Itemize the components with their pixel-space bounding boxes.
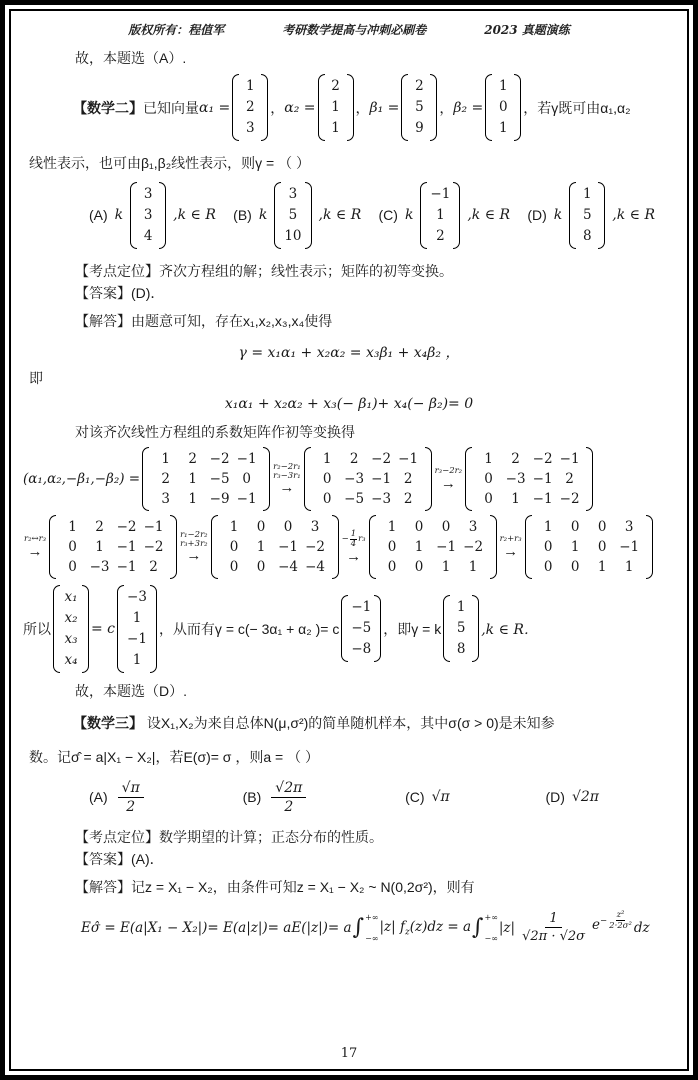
q3-statement-line2: 数。记σ̂ = a|X₁ − X₂|，若E(σ)= σ ，则a = （ ） bbox=[29, 747, 669, 767]
paren-right bbox=[586, 447, 593, 511]
paren-right bbox=[263, 447, 270, 511]
arrow-icon: → bbox=[503, 545, 518, 559]
frac-den: 2 bbox=[280, 798, 297, 815]
lower-limit: −∞ bbox=[485, 934, 498, 943]
paren-right bbox=[159, 182, 166, 249]
option-label: (C) bbox=[379, 207, 398, 223]
paren-left bbox=[569, 182, 576, 249]
q3-tag: 【数学三】 bbox=[73, 715, 143, 731]
paren-left bbox=[420, 182, 427, 249]
k-vector: 158 bbox=[443, 595, 479, 662]
paren-right bbox=[514, 74, 521, 141]
paren-left bbox=[443, 595, 450, 662]
matrix-2-values: 12−2−10−3−120−5−32 bbox=[311, 447, 425, 511]
option-fraction: √π2 bbox=[118, 780, 144, 815]
paren-right bbox=[332, 515, 339, 579]
matrix-7: 1003010−10011 bbox=[525, 515, 653, 579]
paren-right bbox=[453, 182, 460, 249]
paren-left bbox=[369, 515, 376, 579]
option-label: (B) bbox=[243, 789, 262, 805]
option-vector-values: 3510 bbox=[281, 182, 304, 249]
matrix-4-values: 12−2−101−1−20−3−12 bbox=[56, 515, 170, 579]
conclusion-mid2-text: ，即γ = k bbox=[383, 619, 441, 639]
conclusion-mid-text: ，从而有γ = c(− 3α₁ + α₂ )= c bbox=[159, 619, 339, 639]
q2-answer-line: 【答案】(D)． bbox=[29, 283, 669, 303]
exp-term: e−z²2·2σ² bbox=[592, 917, 634, 938]
page-number: 17 bbox=[29, 1046, 669, 1061]
previous-answer-text: 故，本题选（A）. bbox=[75, 50, 186, 66]
paren-right bbox=[170, 515, 177, 579]
paren-right bbox=[347, 74, 354, 141]
q2-options-row: (A) k 334 ,k ∈ R (B) k 3510 ,k ∈ R (C) k… bbox=[29, 182, 669, 249]
k-vector-values: 158 bbox=[450, 595, 472, 662]
density-fraction: 1√2π · √2σ bbox=[518, 911, 589, 944]
matrix-3-values: 12−2−10−3−1201−1−2 bbox=[472, 447, 586, 511]
paren-left bbox=[465, 447, 472, 511]
option-suffix: ,k ∈ R bbox=[319, 207, 362, 223]
q2-option-b: (B) k 3510 ,k ∈ R bbox=[233, 182, 361, 249]
final-lead: Eσ̂ = E(a|X₁ − X₂|)= E(a|z|)= aE(|z|)= a bbox=[81, 920, 352, 936]
paren-left bbox=[232, 74, 239, 141]
q2-statement-line2: 线性表示，也可由β₁,β₂线性表示，则γ = （ ） bbox=[29, 153, 669, 173]
q2-intro-text: 已知向量 bbox=[143, 98, 199, 118]
matrix-1-values: 12−2−121−5031−9−1 bbox=[149, 447, 263, 511]
q2-formula2-text: x₁α₁ + x₂α₂ + x₃(− β₁)+ x₄(− β₂)= 0 bbox=[225, 396, 473, 412]
q3-option-d: (D) √2π bbox=[546, 789, 599, 805]
rowop-fraction: 14 bbox=[350, 530, 357, 550]
q2-final-answer-line: 故，本题选（D）. bbox=[29, 681, 669, 701]
q3-statement-text1: 设X₁,X₂为来自总体N(μ,σ²)的简单随机样本，其中σ(σ > 0)是未知参 bbox=[147, 715, 555, 731]
q3-options-row: (A) √π2 (B) √2π2 (C) √π (D) √2π bbox=[29, 780, 669, 815]
vector-beta2: 101 bbox=[485, 74, 521, 141]
exp-frac-den: 2·2σ² bbox=[608, 921, 633, 931]
page-border: 版权所有：程值军 考研数学提高与冲刺必刷卷 2023 真题演练 故，本题选（A）… bbox=[0, 0, 698, 1080]
vector-beta1: 259 bbox=[401, 74, 437, 141]
option-value: √π bbox=[432, 789, 450, 805]
option-vector: 158 bbox=[569, 182, 605, 249]
paren-right bbox=[430, 74, 437, 141]
q2-kaodian-text: 【考点定位】齐次方程组的解；线性表示；矩阵的初等变换。 bbox=[75, 263, 453, 279]
rowop-arrow-1: r₂−2r₁r₃−3r₁→ bbox=[273, 463, 300, 495]
suoyi-text: 所以 bbox=[23, 619, 51, 639]
paren-right bbox=[646, 515, 653, 579]
q2-option-d: (D) k 158 ,k ∈ R bbox=[527, 182, 655, 249]
option-vector-values: 158 bbox=[576, 182, 598, 249]
rowop-sign: − bbox=[342, 535, 349, 544]
x-vector-values: x₁x₂x₃x₄ bbox=[60, 585, 82, 673]
q3-jieda-text: 【解答】记z = X₁ − X₂，由条件可知z = X₁ − X₂ ~ N(0,… bbox=[75, 879, 475, 895]
q2-final-answer-text: 故，本题选（D）. bbox=[75, 683, 187, 699]
q2-jieda-line: 【解答】由题意可知，存在x₁,x₂,x₃,x₄使得 bbox=[29, 311, 669, 331]
paren-left bbox=[53, 585, 60, 673]
matrix-3: 12−2−10−3−1201−1−2 bbox=[465, 447, 593, 511]
q3-kaodian-text: 【考点定位】数学期望的计算；正态分布的性质。 bbox=[75, 829, 383, 845]
option-vector: 3510 bbox=[274, 182, 311, 249]
option-suffix: ,k ∈ R bbox=[467, 207, 510, 223]
frac-num: √π bbox=[118, 780, 144, 798]
final-tail: dz bbox=[634, 920, 650, 936]
frac-num: √2π bbox=[271, 780, 306, 798]
paren-left bbox=[130, 182, 137, 249]
rowop-arrow-5: −14r₃→ bbox=[342, 530, 366, 563]
exp-fraction: z²2·2σ² bbox=[608, 910, 633, 931]
matrix-1: 12−2−121−5031−9−1 bbox=[142, 447, 270, 511]
option-coef: k bbox=[405, 207, 413, 223]
option-label: (A) bbox=[89, 789, 108, 805]
final-seg2-post: (z)dz = a bbox=[410, 919, 471, 935]
c-vector-2: −1−5−8 bbox=[341, 595, 381, 662]
elim-lhs: (α₁,α₂,−β₁,−β₂) = bbox=[23, 471, 140, 487]
q2-ji-line: 即 bbox=[29, 368, 669, 388]
paren-right bbox=[490, 515, 497, 579]
integral-icon: ∫ bbox=[472, 917, 483, 939]
q2-conclusion-row: 所以 x₁x₂x₃x₄ = c −31−11 ，从而有γ = c(− 3α₁ +… bbox=[23, 585, 669, 673]
matrix-4: 12−2−101−1−20−3−12 bbox=[49, 515, 177, 579]
option-vector-values: 334 bbox=[137, 182, 159, 249]
vector-beta2-label: β₂ = bbox=[453, 100, 483, 116]
option-vector: 334 bbox=[130, 182, 166, 249]
matrix-7-values: 1003010−10011 bbox=[532, 515, 646, 579]
page-header: 版权所有：程值军 考研数学提高与冲刺必刷卷 2023 真题演练 bbox=[29, 21, 669, 38]
q3-statement-text2: 数。记σ̂ = a|X₁ − X₂|，若E(σ)= σ ，则a = （ ） bbox=[29, 749, 319, 765]
q2-jieda-text: 【解答】由题意可知，存在x₁,x₂,x₃,x₄使得 bbox=[75, 313, 332, 329]
arrow-icon: → bbox=[186, 549, 201, 563]
matrix-2: 12−2−10−3−120−5−32 bbox=[304, 447, 432, 511]
header-copyright: 版权所有：程值军 bbox=[128, 21, 224, 38]
frac-den: √2π · √2σ bbox=[518, 928, 589, 944]
paren-left bbox=[274, 182, 281, 249]
page-inner-border: 版权所有：程值军 考研数学提高与冲刺必刷卷 2023 真题演练 故，本题选（A）… bbox=[9, 9, 689, 1071]
arrow-icon: → bbox=[441, 477, 456, 491]
paren-right bbox=[261, 74, 268, 141]
paren-left bbox=[485, 74, 492, 141]
option-coef: k bbox=[115, 207, 123, 223]
q3-statement-line1: 【数学三】 设X₁,X₂为来自总体N(μ,σ²)的简单随机样本，其中σ(σ > … bbox=[29, 713, 669, 733]
q2-tag: 【数学二】 bbox=[73, 98, 143, 118]
arrow-icon: → bbox=[346, 550, 361, 564]
paren-right bbox=[374, 595, 381, 662]
paren-left bbox=[401, 74, 408, 141]
x-vector: x₁x₂x₃x₄ bbox=[53, 585, 89, 673]
c-vector: −31−11 bbox=[117, 585, 157, 673]
matrix-6-values: 100301−1−20011 bbox=[376, 515, 490, 579]
c-vector-values: −31−11 bbox=[124, 585, 150, 673]
rowop-label-frac: −14r₃ bbox=[342, 530, 366, 550]
matrix-5: 100301−1−200−4−4 bbox=[211, 515, 339, 579]
q3-answer-text: 【答案】(A)． bbox=[75, 851, 164, 867]
q3-option-a: (A) √π2 bbox=[89, 780, 147, 815]
vector-beta1-values: 259 bbox=[408, 74, 430, 141]
separator: ， bbox=[356, 98, 370, 118]
final-seg2-pre: |z| f bbox=[379, 919, 405, 935]
rowop-mult: r₃ bbox=[358, 535, 365, 544]
q2-option-a: (A) k 334 ,k ∈ R bbox=[89, 182, 216, 249]
option-label: (A) bbox=[89, 207, 108, 223]
matrix-5-values: 100301−1−200−4−4 bbox=[218, 515, 332, 579]
paren-left bbox=[142, 447, 149, 511]
option-suffix: ,k ∈ R bbox=[612, 207, 655, 223]
paren-right bbox=[425, 447, 432, 511]
vector-alpha1: 123 bbox=[232, 74, 268, 141]
exp-sign: − bbox=[600, 916, 607, 926]
header-booklet-title: 考研数学提高与冲刺必刷卷 bbox=[282, 21, 426, 38]
paren-right bbox=[82, 585, 89, 673]
option-label: (C) bbox=[405, 789, 424, 805]
q2-ji-text: 即 bbox=[29, 370, 43, 386]
separator: ， bbox=[270, 98, 284, 118]
paren-left bbox=[117, 585, 124, 673]
option-label: (D) bbox=[546, 789, 565, 805]
q2-elimination-row2: r₂↔r₃→ 12−2−101−1−20−3−12 r₁−2r₂r₃+3r₂→ … bbox=[23, 515, 669, 579]
vector-beta2-values: 101 bbox=[492, 74, 514, 141]
option-coef: k bbox=[259, 207, 267, 223]
frac-num: 1 bbox=[545, 911, 561, 928]
rowop-arrow-2: r₃−2r₂→ bbox=[435, 467, 462, 490]
paren-left bbox=[304, 447, 311, 511]
q2-line2-text: 线性表示，也可由β₁,β₂线性表示，则γ = （ ） bbox=[29, 155, 310, 171]
vector-alpha1-label: α₁ = bbox=[199, 100, 230, 116]
exp-frac-num: z² bbox=[616, 910, 626, 921]
header-edition: 2023 真题演练 bbox=[484, 21, 570, 38]
paren-right bbox=[472, 595, 479, 662]
final-seg2: |z| fz(z)dz = a bbox=[379, 919, 471, 938]
separator: ， bbox=[439, 98, 453, 118]
e-base: e bbox=[592, 917, 600, 933]
q2-option-c: (C) k −112 ,k ∈ R bbox=[379, 182, 511, 249]
q2-elim-intro-line: 对该齐次线性方程组的系数矩阵作初等变换得 bbox=[29, 422, 669, 442]
option-label: (D) bbox=[527, 207, 546, 223]
q3-jieda-line: 【解答】记z = X₁ − X₂，由条件可知z = X₁ − X₂ ~ N(0,… bbox=[29, 877, 669, 897]
rowop-arrow-3: r₂↔r₃→ bbox=[24, 535, 46, 558]
integral-2: ∫+∞−∞ bbox=[472, 913, 498, 943]
q2-answer-text: 【答案】(D)． bbox=[75, 285, 164, 301]
arrow-icon: → bbox=[279, 481, 294, 495]
paren-left bbox=[211, 515, 218, 579]
q3-final-formula: Eσ̂ = E(a|X₁ − X₂|)= E(a|z|)= aE(|z|)= a… bbox=[29, 911, 669, 944]
equals-c: = c bbox=[91, 621, 115, 637]
paren-left bbox=[318, 74, 325, 141]
paren-left bbox=[525, 515, 532, 579]
page-number-text: 17 bbox=[341, 1046, 358, 1061]
q2-formula2: x₁α₁ + x₂α₂ + x₃(− β₁)+ x₄(− β₂)= 0 bbox=[29, 394, 669, 414]
frac-den: 2 bbox=[122, 798, 139, 815]
paren-right bbox=[150, 585, 157, 673]
arrow-icon: → bbox=[28, 545, 43, 559]
q2-statement-row: 【数学二】 已知向量 α₁ = 123 ， α₂ = 211 ， β₁ = 25… bbox=[29, 74, 669, 141]
vector-alpha2: 211 bbox=[318, 74, 354, 141]
paren-right bbox=[598, 182, 605, 249]
option-coef: k bbox=[554, 207, 562, 223]
rowop-arrow-4: r₁−2r₂r₃+3r₂→ bbox=[180, 531, 207, 563]
q2-elimination-row1: (α₁,α₂,−β₁,−β₂) = 12−2−121−5031−9−1 r₂−2… bbox=[23, 447, 669, 511]
q3-option-b: (B) √2π2 bbox=[243, 780, 310, 815]
integral-1: ∫+∞−∞ bbox=[353, 913, 379, 943]
final-seg3: |z| bbox=[499, 920, 515, 936]
integral-icon: ∫ bbox=[353, 917, 364, 939]
q3-answer-line: 【答案】(A)． bbox=[29, 849, 669, 869]
option-fraction: √2π2 bbox=[271, 780, 306, 815]
integral-limits: +∞−∞ bbox=[365, 913, 378, 943]
exponent: −z²2·2σ² bbox=[600, 910, 634, 931]
vector-beta1-label: β₁ = bbox=[370, 100, 400, 116]
paren-right bbox=[305, 182, 312, 249]
vector-alpha2-label: α₂ = bbox=[284, 100, 315, 116]
matrix-6: 100301−1−20011 bbox=[369, 515, 497, 579]
q2-kaodian-line: 【考点定位】齐次方程组的解；线性表示；矩阵的初等变换。 bbox=[29, 261, 669, 281]
q3-option-c: (C) √π bbox=[405, 789, 450, 805]
integral-limits: +∞−∞ bbox=[485, 913, 498, 943]
rowop-arrow-6: r₂+r₃→ bbox=[500, 535, 522, 558]
lower-limit: −∞ bbox=[365, 934, 378, 943]
option-vector: −112 bbox=[420, 182, 460, 249]
option-suffix: ,k ∈ R bbox=[173, 207, 216, 223]
vector-alpha2-values: 211 bbox=[325, 74, 347, 141]
q2-elim-intro-text: 对该齐次线性方程组的系数矩阵作初等变换得 bbox=[75, 424, 355, 440]
upper-limit: +∞ bbox=[365, 913, 378, 922]
q2-formula1: γ = x₁α₁ + x₂α₂ = x₃β₁ + x₄β₂ ， bbox=[29, 343, 669, 363]
vector-alpha1-values: 123 bbox=[239, 74, 261, 141]
upper-limit: +∞ bbox=[485, 913, 498, 922]
option-vector-values: −112 bbox=[427, 182, 453, 249]
q3-kaodian-line: 【考点定位】数学期望的计算；正态分布的性质。 bbox=[29, 827, 669, 847]
paren-left bbox=[49, 515, 56, 579]
c-vector-2-values: −1−5−8 bbox=[348, 595, 374, 662]
option-label: (B) bbox=[233, 207, 252, 223]
conclusion-suffix: ,k ∈ R． bbox=[481, 619, 538, 639]
q2-formula1-text: γ = x₁α₁ + x₂α₂ = x₃β₁ + x₄β₂ ， bbox=[239, 345, 460, 361]
paren-left bbox=[341, 595, 348, 662]
q2-intro-tail: ，若γ既可由α₁,α₂ bbox=[523, 98, 630, 118]
previous-answer-line: 故，本题选（A）. bbox=[29, 48, 669, 68]
option-value: √2π bbox=[572, 789, 599, 805]
